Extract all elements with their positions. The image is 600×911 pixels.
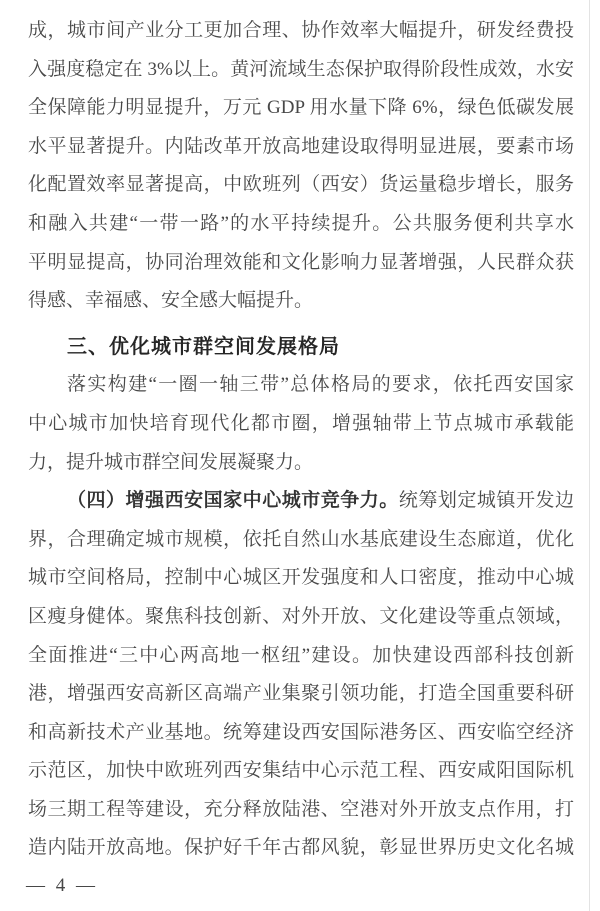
section-heading: 三、优化城市群空间发展格局 [28, 328, 574, 367]
document-line: 平明显提高，协同治理效能和文化影响力显著增强，人民群众获 [28, 244, 574, 283]
document-page: 成，城市间产业分工更加合理、协作效率大幅提升，研发经费投 入强度稳定在 3%以上… [0, 0, 600, 911]
document-line: 造内陆开放高地。保护好千年古都风貌，彰显世界历史文化名城 [28, 829, 574, 868]
document-line: 成，城市间产业分工更加合理、协作效率大幅提升，研发经费投 [28, 12, 574, 51]
document-line: 中心城市加快培育现代化都市圈，增强轴带上节点城市承载能 [28, 405, 574, 444]
item4-lead-label: （四）增强西安国家中心城市竞争力。 [67, 490, 399, 511]
document-line: 区瘦身健体。聚焦科技创新、对外开放、文化建设等重点领域， [28, 598, 574, 637]
document-line: 得感、幸福感、安全感大幅提升。 [28, 282, 574, 321]
document-line: 落实构建“一圈一轴三带”总体格局的要求，依托西安国家 [28, 366, 574, 405]
document-line: 水平显著提升。内陆改革开放高地建设取得明显进展，要素市场 [28, 128, 574, 167]
document-line: 全面推进“三中心两高地一枢纽”建设。加快建设西部科技创新 [28, 637, 574, 676]
document-line: 全保障能力明显提升，万元 GDP 用水量下降 6%，绿色低碳发展 [28, 89, 574, 128]
document-line: 化配置效率显著提高，中欧班列（西安）货运量稳步增长，服务 [28, 166, 574, 205]
document-text-block: 成，城市间产业分工更加合理、协作效率大幅提升，研发经费投 入强度稳定在 3%以上… [28, 12, 574, 868]
document-line: 和融入共建“一带一路”的水平持续提升。公共服务便利共享水 [28, 205, 574, 244]
document-line: 入强度稳定在 3%以上。黄河流域生态保护取得阶段性成效，水安 [28, 51, 574, 90]
document-line: 和高新技术产业基地。统筹建设西安国际港务区、西安临空经济 [28, 714, 574, 753]
item4-first-line-rest: 统筹划定城镇开发边 [399, 490, 574, 511]
document-line: 界，合理确定城市规模，依托自然山水基底建设生态廊道，优化 [28, 521, 574, 560]
document-line: 港，增强西安高新区高端产业集聚引领功能，打造全国重要科研 [28, 675, 574, 714]
document-line: 场三期工程等建设，充分释放陆港、空港对外开放支点作用，打 [28, 791, 574, 830]
document-line: 城市空间格局，控制中心城区开发强度和人口密度，推动中心城 [28, 559, 574, 598]
document-line: 示范区，加快中欧班列西安集结中心示范工程、西安咸阳国际机 [28, 752, 574, 791]
scan-edge-line [589, 0, 590, 911]
page-number: — 4 — [26, 872, 98, 900]
document-line: 力，提升城市群空间发展凝聚力。 [28, 444, 574, 483]
document-line: （四）增强西安国家中心城市竞争力。统筹划定城镇开发边 [28, 482, 574, 521]
